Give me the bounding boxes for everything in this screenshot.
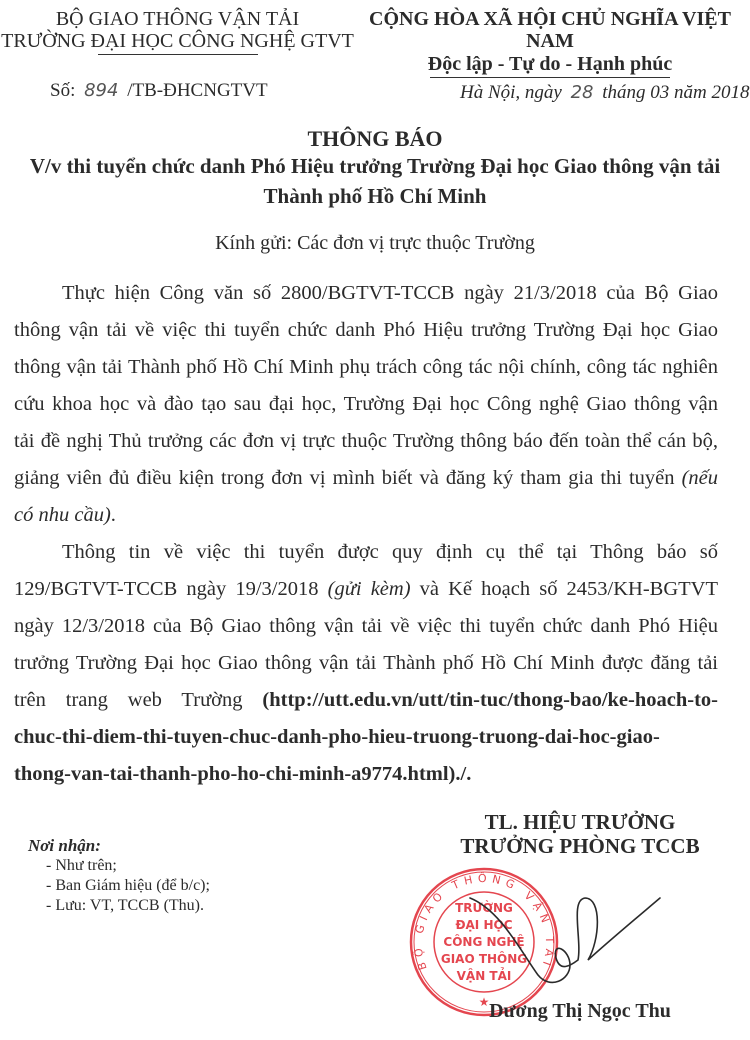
document-date: Hà Nội, ngày 28 tháng 03 năm 2018: [460, 82, 750, 104]
date-prefix: Hà Nội, ngày: [460, 82, 562, 103]
signer-title-1: TL. HIỆU TRƯỞNG: [400, 810, 750, 834]
recipient-item: - Lưu: VT, TCCB (Thu).: [28, 896, 210, 916]
para1-line: Thực hiện Công văn số 2800/BGTVT-TCCB ng…: [14, 275, 718, 312]
signer-name: Dương Thị Ngọc Thu: [400, 1000, 750, 1023]
para2-line: Thông tin về việc thi tuyển được quy địn…: [14, 534, 718, 571]
para2-text: trên trang web Trường: [14, 689, 243, 711]
para1-text: giảng viên đủ điều kiện trong đơn vị mìn…: [14, 467, 675, 489]
para2-line: trưởng Trường Đại học Giao thông vận tải…: [14, 645, 718, 682]
motto-underline: [430, 77, 670, 78]
handwritten-number: 894: [84, 80, 118, 101]
web-link-line[interactable]: chuc-thi-diem-thi-tuyen-chuc-danh-pho-hi…: [14, 719, 718, 756]
handwritten-signature: [460, 880, 670, 990]
greeting: Kính gửi: Các đơn vị trực thuộc Trường: [0, 232, 750, 255]
web-link-line[interactable]: thong-van-tai-thanh-pho-ho-chi-minh-a977…: [14, 756, 718, 793]
document-number: Số: 894 /TB-ĐHCNGTVT: [50, 80, 268, 102]
nation-name: CỘNG HÒA XÃ HỘI CHỦ NGHĨA VIỆT NAM: [360, 8, 740, 52]
para1-line: cứu khoa học và đào tạo sau đại học, Trư…: [14, 386, 718, 423]
school-name: TRƯỜNG ĐẠI HỌC CÔNG NGHỆ GTVT: [0, 30, 355, 52]
para1-line: tải đề nghị Thủ trưởng các đơn vị trực t…: [14, 423, 718, 460]
subject-line-2: Thành phố Hồ Chí Minh: [0, 184, 750, 209]
recipient-item: - Như trên;: [28, 856, 210, 876]
handwritten-day: 28: [571, 82, 594, 103]
para1-line: thông vận tải về việc thi tuyển chức dan…: [14, 312, 718, 349]
italic-note: (nếu: [682, 467, 718, 489]
national-motto: Độc lập - Tự do - Hạnh phúc: [360, 52, 740, 76]
para2-text: 129/BGTVT-TCCB ngày 19/3/2018: [14, 578, 319, 600]
para2-text: và Kế hoạch số 2453/KH-BGTVT: [420, 578, 718, 600]
date-suffix: tháng 03 năm 2018: [602, 82, 749, 103]
italic-note: có nhu cầu): [14, 504, 111, 526]
italic-note: (gửi kèm): [328, 578, 411, 600]
recipients-label: Nơi nhận:: [28, 836, 210, 856]
para1-line: thông vận tải Thành phố Hồ Chí Minh phụ …: [14, 349, 718, 386]
para1-end: .: [111, 504, 116, 526]
issuer-underline: [98, 54, 258, 55]
document-title: THÔNG BÁO: [0, 126, 750, 152]
para1-line: có nhu cầu).: [14, 497, 718, 534]
body-paragraph-1: Thực hiện Công văn số 2800/BGTVT-TCCB ng…: [14, 275, 718, 534]
para2-line: 129/BGTVT-TCCB ngày 19/3/2018 (gửi kèm) …: [14, 571, 718, 608]
number-prefix: Số:: [50, 80, 75, 101]
recipient-item: - Ban Giám hiệu (để b/c);: [28, 876, 210, 896]
para1-line: giảng viên đủ điều kiện trong đơn vị mìn…: [14, 460, 718, 497]
para2-line: trên trang web Trường (http://utt.edu.vn…: [14, 682, 718, 719]
recipients-block: Nơi nhận: - Như trên; - Ban Giám hiệu (đ…: [28, 836, 210, 916]
signer-title-2: TRƯỞNG PHÒNG TCCB: [400, 834, 750, 858]
para2-line: ngày 12/3/2018 của Bộ Giao thông vận tải…: [14, 608, 718, 645]
number-suffix: /TB-ĐHCNGTVT: [127, 80, 267, 101]
issuer-block: BỘ GIAO THÔNG VẬN TẢI TRƯỜNG ĐẠI HỌC CÔN…: [0, 8, 355, 55]
web-link[interactable]: (http://utt.edu.vn/utt/tin-tuc/thong-bao…: [262, 689, 718, 711]
ministry-name: BỘ GIAO THÔNG VẬN TẢI: [0, 8, 355, 30]
signer-block: TL. HIỆU TRƯỞNG TRƯỞNG PHÒNG TCCB: [400, 810, 750, 858]
body-paragraph-2: Thông tin về việc thi tuyển được quy địn…: [14, 534, 718, 793]
national-header: CỘNG HÒA XÃ HỘI CHỦ NGHĨA VIỆT NAM Độc l…: [360, 8, 740, 78]
subject-line-1: V/v thi tuyển chức danh Phó Hiệu trưởng …: [0, 154, 750, 179]
